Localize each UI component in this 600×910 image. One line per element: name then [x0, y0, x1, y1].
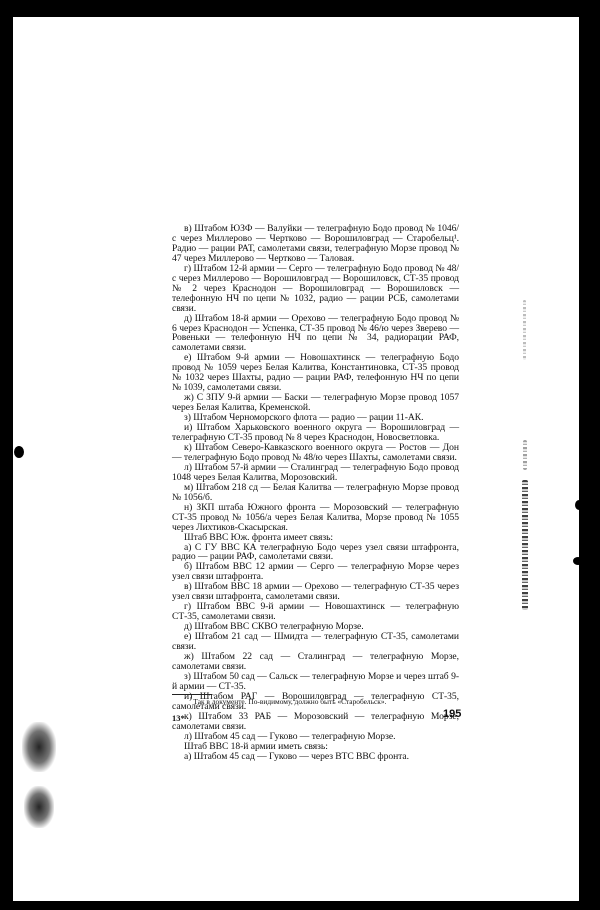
page-number: 195 — [443, 708, 461, 720]
scan-artifact — [24, 786, 54, 828]
paragraph: г) Штабом ВВС 9-й армии — Новошахтинск —… — [172, 602, 459, 622]
paragraph: и) Штабом Харьковского военного округа —… — [172, 423, 459, 443]
scan-artifact — [523, 440, 527, 470]
scan-artifact — [573, 557, 583, 565]
scan-artifact — [575, 500, 583, 510]
paragraph: ж) Штабом 22 сад — Сталинград — телеграф… — [172, 652, 459, 672]
scan-artifact — [522, 480, 528, 610]
paragraph: е) Штабом 9-й армии — Новошахтинск — тел… — [172, 353, 459, 393]
paragraph: е) Штабом 21 сад — Шмидта — телеграфную … — [172, 632, 459, 652]
signature-mark: 13* — [172, 713, 185, 723]
paragraph: г) Штабом 12-й армии — Серго — телеграфн… — [172, 264, 459, 314]
scan-artifact — [22, 722, 56, 772]
scan-artifact — [14, 446, 24, 458]
paragraph: в) Штабом ВВС 18 армии — Орехово — телег… — [172, 582, 459, 602]
paragraph: д) Штабом 18-й армии — Орехово — телегра… — [172, 314, 459, 354]
paragraph: м) Штабом 218 сд — Белая Калитва — телег… — [172, 483, 459, 503]
paragraph: к) Штабом Северо-Кавказского военного ок… — [172, 443, 459, 463]
paragraph: б) Штабом ВВС 12 армии — Серго — телегра… — [172, 562, 459, 582]
paragraph: л) Штабом 57-й армии — Сталинград — теле… — [172, 463, 459, 483]
footnote-marker: ¹ — [190, 698, 192, 703]
body-text: в) Штабом ЮЗФ — Валуйки — телеграфную Бо… — [172, 224, 459, 761]
paragraph: ж) С ЗПУ 9-й армии — Баски — телеграфную… — [172, 393, 459, 413]
paragraph: з) Штабом 50 сад — Сальск — телеграфную … — [172, 672, 459, 692]
paragraph: в) Штабом ЮЗФ — Валуйки — телеграфную Бо… — [172, 224, 459, 264]
paragraph: а) С ГУ ВВС КА телеграфную Бодо через уз… — [172, 543, 459, 563]
paragraph: н) ЗКП штаба Южного фронта — Морозовский… — [172, 503, 459, 533]
paragraph: к) Штабом 33 РАБ — Морозовский — телегра… — [172, 712, 459, 732]
footnote: ¹ Так в документе. По-видимому, должно б… — [190, 697, 386, 706]
paragraph: а) Штабом 45 сад — Гуково — через ВТС ВВ… — [172, 752, 459, 762]
section-heading: Штаб ВВС Юж. фронта имеет связь: — [172, 533, 459, 543]
scan-artifact — [523, 300, 526, 360]
footnote-divider — [172, 694, 212, 695]
footnote-text: Так в документе. По-видимому, должно быт… — [193, 697, 386, 706]
